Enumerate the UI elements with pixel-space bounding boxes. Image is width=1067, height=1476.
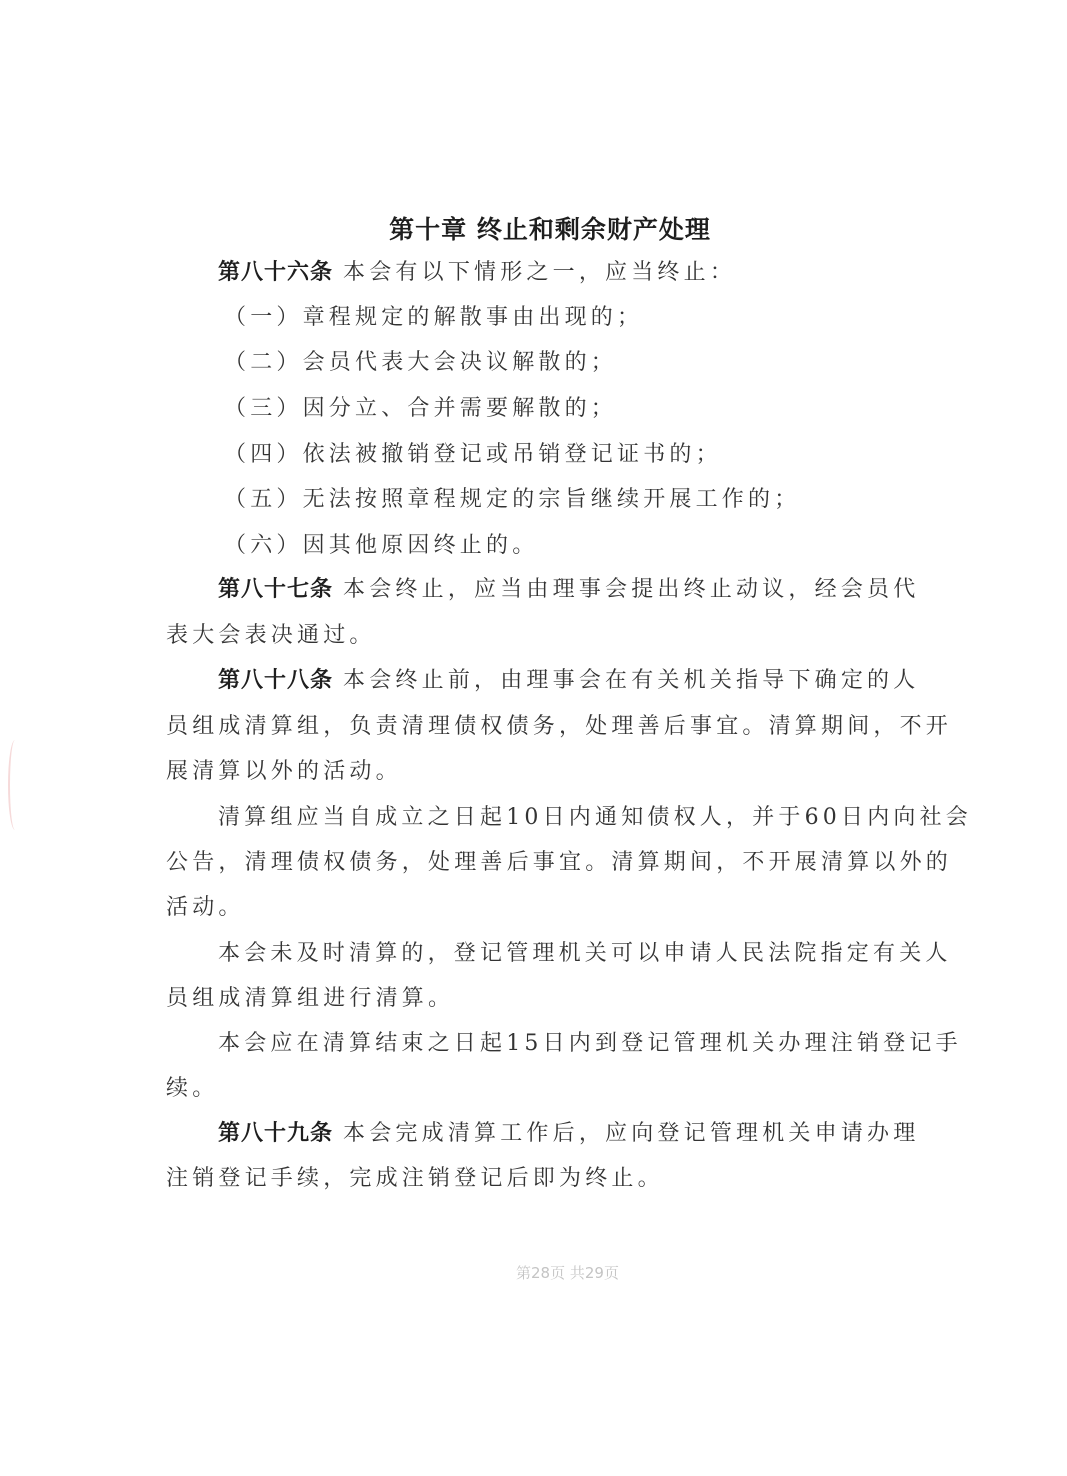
paragraph-line: 活动。 [166,890,245,921]
paragraph-line: 续。 [166,1071,218,1102]
article-text: 本会完成清算工作后，应向登记管理机关申请办理 [343,1121,919,1146]
paragraph-line: 员组成清算组进行清算。 [166,981,454,1012]
article-label: 第八十九条 [218,1121,333,1146]
article-text: 本会有以下情形之一，应当终止： [343,260,736,285]
article-text: 本会终止，应当由理事会提出终止动议，经会员代 [343,577,919,602]
article-label: 第八十七条 [218,577,333,602]
article-89-line-1: 第八十九条本会完成清算工作后，应向登记管理机关申请办理 [218,1116,919,1147]
article-87-line-1: 第八十七条本会终止，应当由理事会提出终止动议，经会员代 [218,572,919,603]
paragraph-line: 公告，清理债权债务，处理善后事宜。清算期间，不开展清算以外的 [166,845,952,876]
article-label: 第八十六条 [218,260,333,285]
document-page: 第十章 终止和剩余财产处理 第八十六条本会有以下情形之一，应当终止： （一）章程… [0,0,1067,1476]
article-89-line-2: 注销登记手续，完成注销登记后即为终止。 [166,1161,664,1192]
paragraph-line: 清算组应当自成立之日起10日内通知债权人，并于60日内向社会 [218,800,972,831]
article-88-line-3: 展清算以外的活动。 [166,754,402,785]
article-87-line-2: 表大会表决通过。 [166,618,376,649]
stamp-edge-mark [8,740,22,830]
list-item: （五）无法按照章程规定的宗旨继续开展工作的； [224,482,800,513]
article-label: 第八十八条 [218,668,333,693]
list-item: （三）因分立、合并需要解散的； [224,391,617,422]
article-88-line-1: 第八十八条本会终止前，由理事会在有关机关指导下确定的人 [218,663,919,694]
list-item: （一）章程规定的解散事由出现的； [224,300,643,331]
article-text: 本会终止前，由理事会在有关机关指导下确定的人 [343,668,919,693]
list-item: （二）会员代表大会决议解散的； [224,345,617,376]
article-86-heading: 第八十六条本会有以下情形之一，应当终止： [218,255,736,286]
list-item: （六）因其他原因终止的。 [224,528,538,559]
list-item: （四）依法被撤销登记或吊销登记证书的； [224,437,722,468]
page-indicator: 第28页 共29页 [0,1262,1067,1283]
paragraph-line: 本会应在清算结束之日起15日内到登记管理机关办理注销登记手 [218,1026,962,1057]
article-88-line-2: 员组成清算组，负责清理债权债务，处理善后事宜。清算期间，不开 [166,709,952,740]
paragraph-line: 本会未及时清算的，登记管理机关可以申请人民法院指定有关人 [218,936,952,967]
chapter-title: 第十章 终止和剩余财产处理 [0,210,1067,246]
